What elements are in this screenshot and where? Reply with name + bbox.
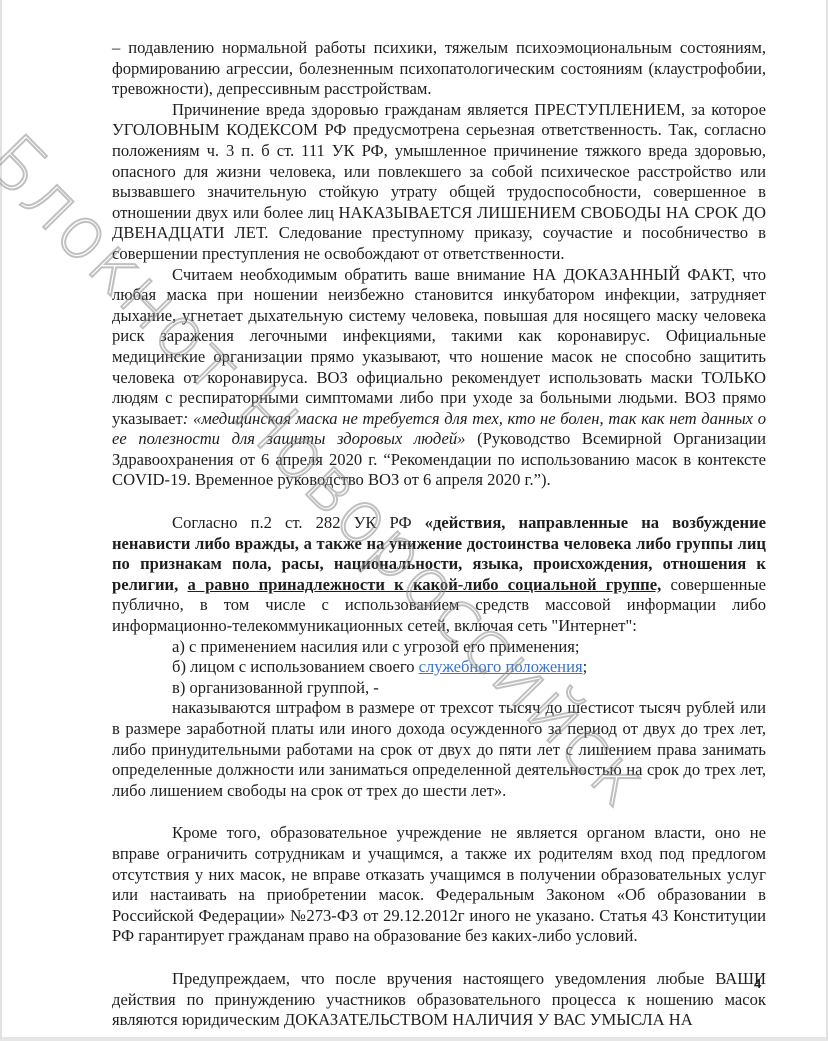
spacer: [112, 491, 766, 513]
paragraph-penalties: наказываются штрафом в размере от трехсо…: [112, 698, 766, 801]
document-page: – подавлению нормальной работы психики, …: [0, 0, 828, 1041]
paragraph-article-282: Согласно п.2 ст. 282 УК РФ «действия, на…: [112, 513, 766, 637]
article-282-underlined: а равно принадлежности к какой-либо соци…: [188, 575, 662, 594]
paragraph-psychological-effects: – подавлению нормальной работы психики, …: [112, 38, 766, 100]
paragraph-education-rights: Кроме того, образовательное учреждение н…: [112, 823, 766, 947]
spacer: [112, 801, 766, 823]
list-item-b: б) лицом с использованием своего служебн…: [112, 657, 766, 678]
proven-fact-text: Считаем необходимым обратить ваше вниман…: [112, 265, 766, 428]
page-number: 4: [754, 976, 761, 991]
article-282-lead: Согласно п.2 ст. 282 УК РФ: [172, 513, 425, 532]
document-body: – подавлению нормальной работы психики, …: [112, 38, 766, 1031]
list-item-b-text: б) лицом с использованием своего: [172, 657, 419, 676]
list-item-b-end: ;: [583, 657, 588, 676]
list-item-a: а) с применением насилия или с угрозой е…: [112, 637, 766, 658]
paragraph-proven-fact: Считаем необходимым обратить ваше вниман…: [112, 265, 766, 492]
official-position-link[interactable]: служебного положения: [419, 657, 583, 676]
paragraph-warning: Предупреждаем, что после вручения настоя…: [112, 969, 766, 1031]
list-item-c: в) организованной группой, -: [112, 678, 766, 699]
paragraph-criminal-liability: Причинение вреда здоровью гражданам явля…: [112, 100, 766, 265]
spacer: [112, 947, 766, 969]
